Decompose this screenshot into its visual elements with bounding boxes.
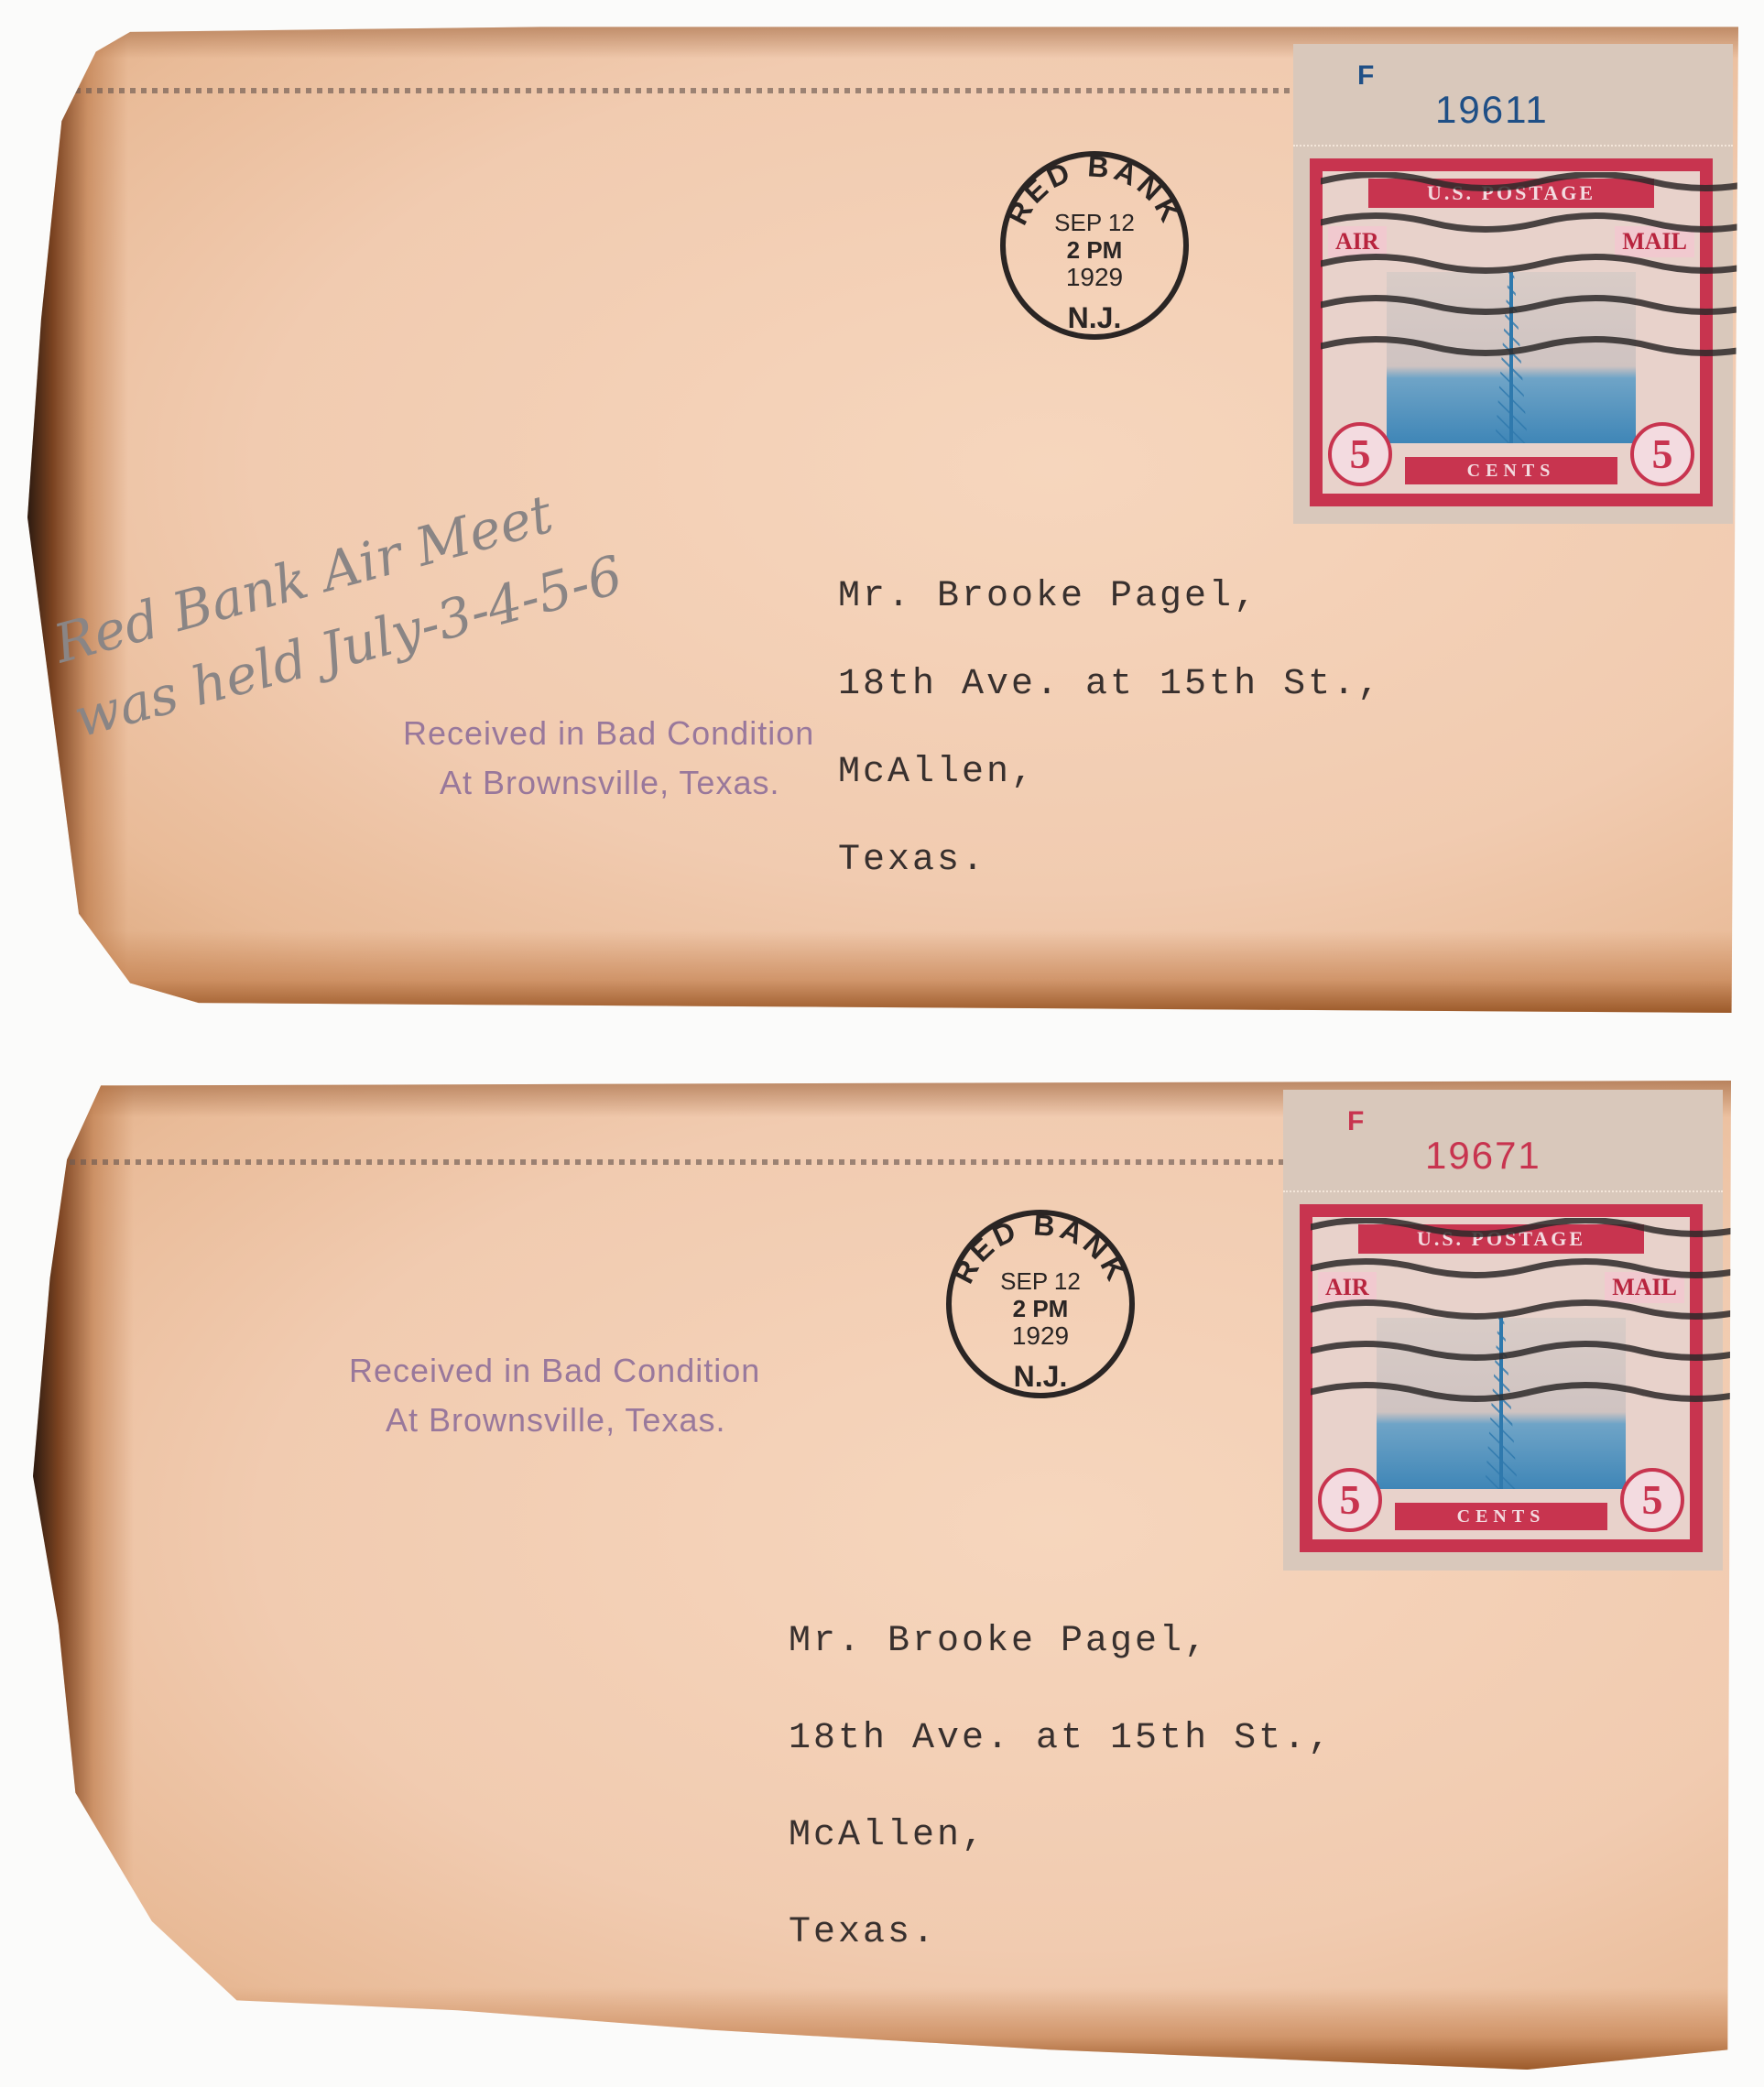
postmark-state: N.J.	[1068, 301, 1122, 334]
plate-number-single: F 19611 U.S. POSTAGE AIR MAIL 5 5 CENTS	[1293, 44, 1733, 524]
postmark-datestamp: SEP 12 2 PM 1929	[994, 209, 1195, 291]
cachet-line-2: At Brownsville, Texas.	[403, 758, 814, 808]
beacon-tower-icon	[1495, 272, 1528, 443]
plate-number-single: F 19671 U.S. POSTAGE AIR MAIL 5 5 CENTS	[1283, 1090, 1723, 1571]
address-line-name: Mr. Brooke Pagel,	[789, 1593, 1333, 1690]
address-line-state: Texas.	[789, 1885, 1333, 1982]
bad-condition-cachet: Received in Bad Condition At Brownsville…	[403, 709, 814, 808]
burn-mark-left	[27, 22, 128, 1013]
postmark-date: SEP 12	[994, 209, 1195, 236]
stamp-selvage: F 19671	[1283, 1090, 1723, 1192]
stamp-vignette-beacon	[1387, 272, 1636, 443]
burn-mark-bottom	[33, 1987, 1731, 2070]
address-line-city: McAllen,	[838, 729, 1382, 817]
cover-2: RED BANK N.J. SEP 12 2 PM 1929 F 19671 U…	[33, 1081, 1731, 2070]
stamp-vignette-beacon	[1377, 1318, 1626, 1489]
airmail-stamp: U.S. POSTAGE AIR MAIL 5 5 CENTS	[1300, 1204, 1703, 1552]
beacon-tower-icon	[1485, 1318, 1518, 1489]
postmark-state: N.J.	[1014, 1360, 1068, 1393]
bad-condition-cachet: Received in Bad Condition At Brownsville…	[349, 1346, 760, 1445]
address-line-street: 18th Ave. at 15th St.,	[789, 1690, 1333, 1788]
address-line-state: Texas.	[838, 817, 1382, 905]
cachet-line-1: Received in Bad Condition	[403, 709, 814, 758]
address-line-city: McAllen,	[789, 1788, 1333, 1885]
stamp-air-label: AIR	[1328, 226, 1387, 257]
stamp-denomination-left: 5	[1318, 1468, 1382, 1532]
plate-letter: F	[1347, 1106, 1364, 1137]
stamp-country-label: U.S. POSTAGE	[1358, 1224, 1644, 1254]
plate-number: 19611	[1435, 88, 1549, 132]
postmark-time: 2 PM	[994, 236, 1195, 264]
stamp-denomination-right: 5	[1620, 1468, 1684, 1532]
postmark-datestamp: SEP 12 2 PM 1929	[940, 1267, 1141, 1350]
cachet-line-1: Received in Bad Condition	[349, 1346, 760, 1396]
stamp-mail-label: MAIL	[1605, 1272, 1684, 1303]
burn-mark-bottom	[27, 930, 1738, 1013]
cover-1: RED BANK N.J. SEP 12 2 PM 1929 F 19611 U…	[27, 22, 1738, 1013]
burn-mark-left	[33, 1081, 134, 2070]
recipient-address: Mr. Brooke Pagel, 18th Ave. at 15th St.,…	[838, 553, 1382, 905]
address-line-name: Mr. Brooke Pagel,	[838, 553, 1382, 641]
plate-number: 19671	[1425, 1134, 1541, 1178]
postmark: RED BANK N.J. SEP 12 2 PM 1929	[940, 1203, 1141, 1405]
postmark: RED BANK N.J. SEP 12 2 PM 1929	[994, 145, 1195, 346]
postmark-date: SEP 12	[940, 1267, 1141, 1295]
stamp-air-label: AIR	[1318, 1272, 1377, 1303]
address-line-street: 18th Ave. at 15th St.,	[838, 641, 1382, 729]
stamp-denomination-right: 5	[1630, 422, 1694, 486]
plate-letter: F	[1357, 60, 1374, 92]
postmark-year: 1929	[940, 1322, 1141, 1350]
stamp-denomination-left: 5	[1328, 422, 1392, 486]
recipient-address: Mr. Brooke Pagel, 18th Ave. at 15th St.,…	[789, 1593, 1333, 1982]
postmark-year: 1929	[994, 264, 1195, 291]
stamp-country-label: U.S. POSTAGE	[1368, 179, 1654, 208]
stamp-mail-label: MAIL	[1615, 226, 1694, 257]
stamp-cents-label: CENTS	[1395, 1503, 1607, 1530]
airmail-stamp: U.S. POSTAGE AIR MAIL 5 5 CENTS	[1310, 158, 1713, 506]
stamp-selvage: F 19611	[1293, 44, 1733, 147]
cachet-line-2: At Brownsville, Texas.	[349, 1396, 760, 1445]
postmark-time: 2 PM	[940, 1295, 1141, 1322]
stamp-cents-label: CENTS	[1405, 457, 1617, 484]
